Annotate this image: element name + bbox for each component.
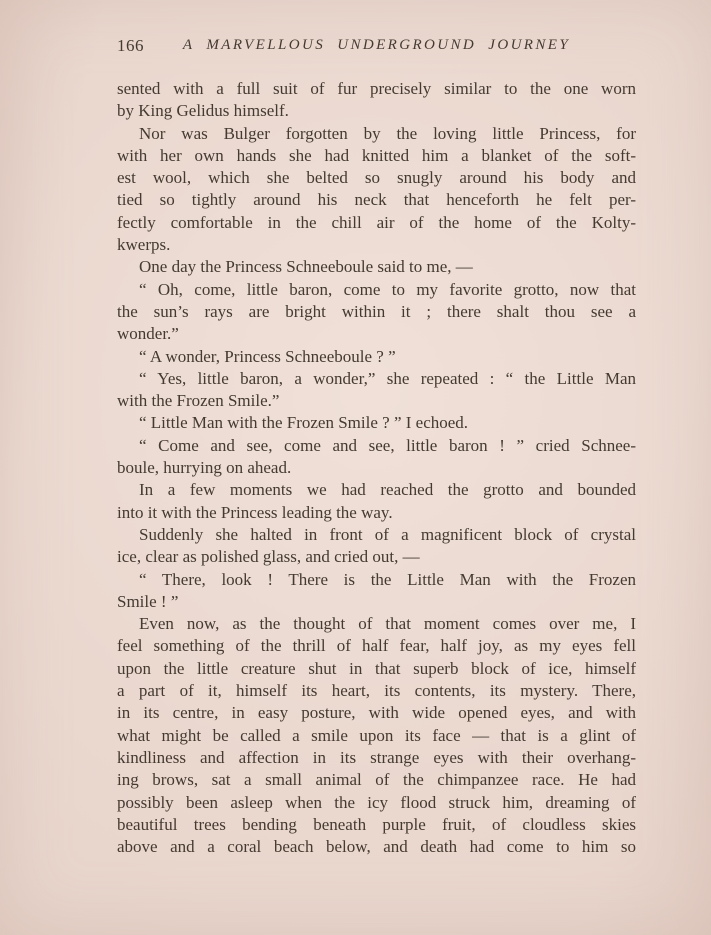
text-line: tied so tightly around his neck that hen… xyxy=(117,189,636,211)
paragraph: “ Come and see, come and see, little bar… xyxy=(117,435,636,480)
text-line: the sun’s rays are bright within it ; th… xyxy=(117,301,636,323)
text-block: sented with a full suit of fur precisely… xyxy=(117,78,636,858)
text-line: upon the little creature shut in that su… xyxy=(117,658,636,680)
text-line: kindliness and affection in its strange … xyxy=(117,747,636,769)
paragraph: Nor was Bulger forgotten by the loving l… xyxy=(117,123,636,257)
paragraph: sented with a full suit of fur precisely… xyxy=(117,78,636,123)
text-line: ing brows, sat a small animal of the chi… xyxy=(117,769,636,791)
text-line: feel something of the thrill of half fea… xyxy=(117,635,636,657)
text-line: Nor was Bulger forgotten by the loving l… xyxy=(117,123,636,145)
text-line: ice, clear as polished glass, and cried … xyxy=(117,546,636,568)
text-line: possibly been asleep when the icy flood … xyxy=(117,792,636,814)
text-line: “ There, look ! There is the Little Man … xyxy=(117,569,636,591)
text-line: beautiful trees bending beneath purple f… xyxy=(117,814,636,836)
text-line: est wool, which she belted so snugly aro… xyxy=(117,167,636,189)
text-line: into it with the Princess leading the wa… xyxy=(117,502,636,524)
paragraph: “ Little Man with the Frozen Smile ? ” I… xyxy=(117,412,636,434)
text-line: in its centre, in easy posture, with wid… xyxy=(117,702,636,724)
text-line: “ Yes, little baron, a wonder,” she repe… xyxy=(117,368,636,390)
text-line: “ A wonder, Princess Schneeboule ? ” xyxy=(117,346,636,368)
running-header: 166 A MARVELLOUS UNDERGROUND JOURNEY xyxy=(117,36,636,58)
text-line: Smile ! ” xyxy=(117,591,636,613)
text-line: “ Little Man with the Frozen Smile ? ” I… xyxy=(117,412,636,434)
text-line: sented with a full suit of fur precisely… xyxy=(117,78,636,100)
paragraph: Even now, as the thought of that moment … xyxy=(117,613,636,858)
paragraph: “ Yes, little baron, a wonder,” she repe… xyxy=(117,368,636,413)
text-line: a part of it, himself its heart, its con… xyxy=(117,680,636,702)
text-line: Suddenly she halted in front of a magnif… xyxy=(117,524,636,546)
paragraph: “ A wonder, Princess Schneeboule ? ” xyxy=(117,346,636,368)
text-line: wonder.” xyxy=(117,323,636,345)
paragraph: Suddenly she halted in front of a magnif… xyxy=(117,524,636,569)
text-line: One day the Princess Schneeboule said to… xyxy=(117,256,636,278)
text-line: kwerps. xyxy=(117,234,636,256)
text-line: fectly comfortable in the chill air of t… xyxy=(117,212,636,234)
running-title: A MARVELLOUS UNDERGROUND JOURNEY xyxy=(117,37,636,54)
paragraph: “ There, look ! There is the Little Man … xyxy=(117,569,636,614)
text-line: above and a coral beach below, and death… xyxy=(117,836,636,858)
paragraph: In a few moments we had reached the grot… xyxy=(117,479,636,524)
text-line: what might be called a smile upon its fa… xyxy=(117,725,636,747)
text-line: with her own hands she had knitted him a… xyxy=(117,145,636,167)
text-line: “ Come and see, come and see, little bar… xyxy=(117,435,636,457)
text-line: Even now, as the thought of that moment … xyxy=(117,613,636,635)
text-line: by King Gelidus himself. xyxy=(117,100,636,122)
text-line: boule, hurrying on ahead. xyxy=(117,457,636,479)
text-line: “ Oh, come, little baron, come to my fav… xyxy=(117,279,636,301)
text-line: In a few moments we had reached the grot… xyxy=(117,479,636,501)
book-page: 166 A MARVELLOUS UNDERGROUND JOURNEY sen… xyxy=(0,0,711,935)
text-line: with the Frozen Smile.” xyxy=(117,390,636,412)
paragraph: “ Oh, come, little baron, come to my fav… xyxy=(117,279,636,346)
paragraph: One day the Princess Schneeboule said to… xyxy=(117,256,636,278)
